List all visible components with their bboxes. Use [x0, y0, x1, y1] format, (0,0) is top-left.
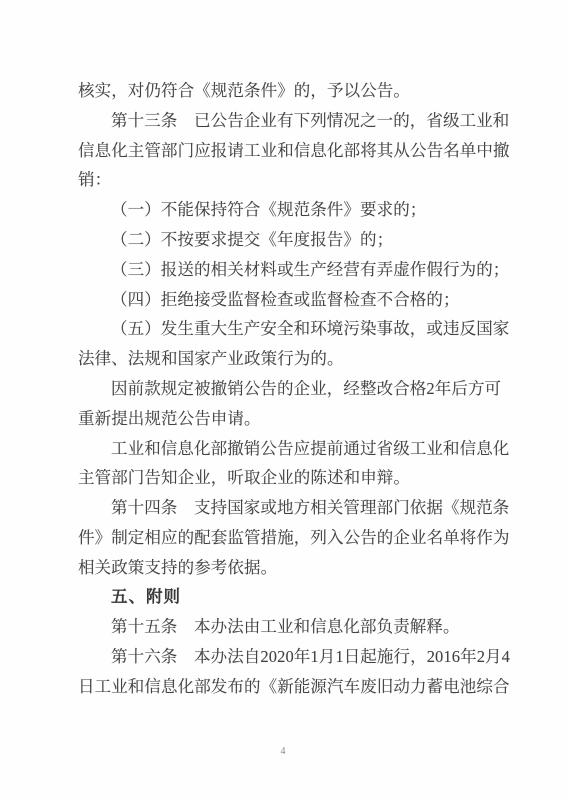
text-line: （三）报送的相关材料或生产经营有弄虚作假行为的；: [78, 255, 512, 285]
document-page: 核实，对仍符合《规范条件》的，予以公告。第十三条 已公告企业有下列情况之一的，省…: [0, 0, 566, 800]
text-line: 工业和信息化部撤销公告应提前通过省级工业和信息化: [78, 434, 512, 464]
text-line: 第十六条 本办法自2020年1月1日起施行，2016年2月4: [78, 642, 512, 672]
text-line: 因前款规定被撤销公告的企业，经整改合格2年后方可: [78, 374, 512, 404]
text-line: 销：: [78, 165, 512, 195]
text-line: 第十三条 已公告企业有下列情况之一的，省级工业和: [78, 106, 512, 136]
text-line: 核实，对仍符合《规范条件》的，予以公告。: [78, 76, 512, 106]
text-line: 第十五条 本办法由工业和信息化部负责解释。: [78, 612, 512, 642]
text-line: 主管部门告知企业，听取企业的陈述和申辩。: [78, 463, 512, 493]
text-line: （二）不按要求提交《年度报告》的；: [78, 225, 512, 255]
page-number: 4: [0, 746, 566, 757]
document-text: 核实，对仍符合《规范条件》的，予以公告。第十三条 已公告企业有下列情况之一的，省…: [78, 76, 512, 702]
text-line: （一）不能保持符合《规范条件》要求的；: [78, 195, 512, 225]
section-heading: 五、附则: [78, 583, 512, 613]
text-line: 件》制定相应的配套监管措施，列入公告的企业名单将作为: [78, 523, 512, 553]
text-line: 法律、法规和国家产业政策行为的。: [78, 344, 512, 374]
text-line: 相关政策支持的参考依据。: [78, 553, 512, 583]
text-line: 第十四条 支持国家或地方相关管理部门依据《规范条: [78, 493, 512, 523]
text-line: （五）发生重大生产安全和环境污染事故，或违反国家: [78, 314, 512, 344]
text-line: （四）拒绝接受监督检查或监督检查不合格的；: [78, 285, 512, 315]
text-line: 信息化主管部门应报请工业和信息化部将其从公告名单中撤: [78, 136, 512, 166]
text-line: 重新提出规范公告申请。: [78, 404, 512, 434]
text-line: 日工业和信息化部发布的《新能源汽车废旧动力蓄电池综合: [78, 672, 512, 702]
